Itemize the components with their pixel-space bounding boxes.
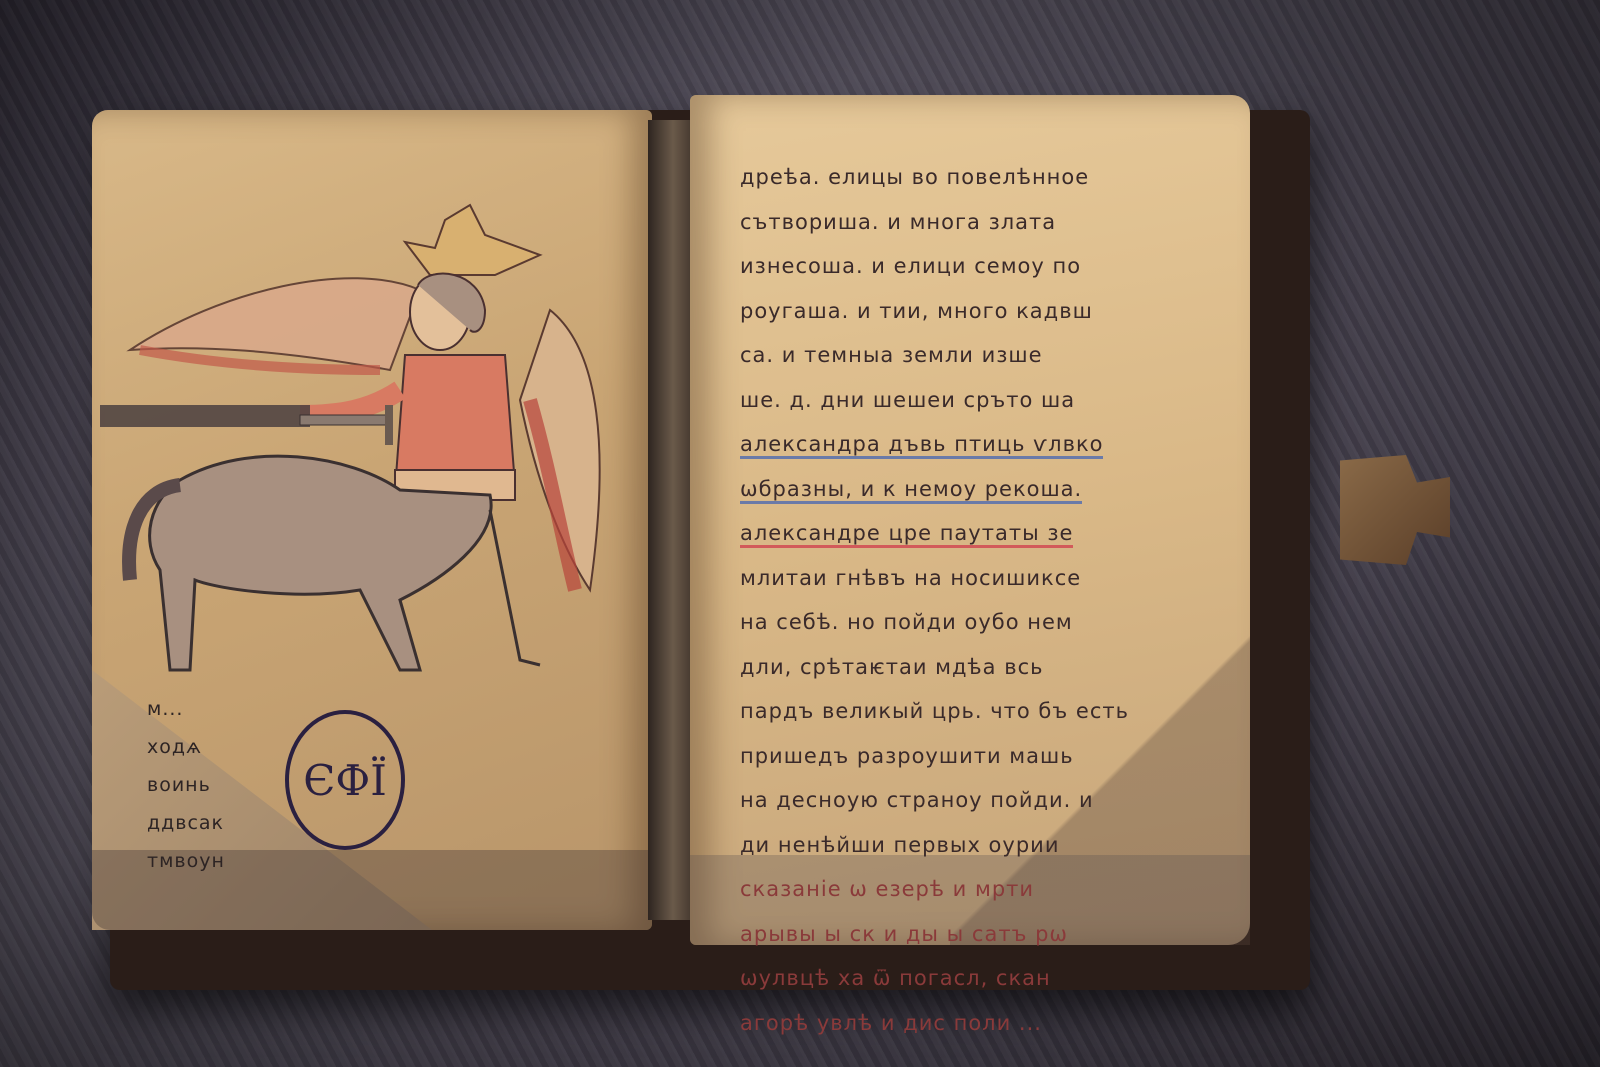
rubric-line: ѡулвцѣ ха ѿ погасл, скан [740, 956, 1210, 1001]
text-line: роугаша. и тии, много кадвш [740, 289, 1210, 334]
manuscript-text: дреѣа. елицы во повелѣнное сътвориша. и … [740, 155, 1210, 1045]
text-line: сътвориша. и многа злата [740, 200, 1210, 245]
text-line: тмвоун [147, 842, 225, 880]
text-line: изнесоша. и елици семоу по [740, 244, 1210, 289]
text-line: са. и темныа земли изше [740, 333, 1210, 378]
text-line: александра дъвь птиць ѵлвко [740, 422, 1210, 467]
underlined-text: александре цре паутаты зе [740, 521, 1073, 548]
text-line: дреѣа. елицы во повелѣнное [740, 155, 1210, 200]
seal-monogram-text: ЄФЇ [303, 755, 387, 805]
right-page: дреѣа. елицы во повелѣнное сътвориша. и … [690, 95, 1250, 945]
monogram-seal: ЄФЇ [280, 705, 410, 855]
text-line: александре цре паутаты зе [740, 511, 1210, 556]
text-line: воинь [147, 766, 225, 804]
rubric-line: арывы ы ск и ды ы сатъ рѡ [740, 912, 1210, 957]
rubric-line: сказаніе ѡ езерѣ и мрти [740, 867, 1210, 912]
rubric-line: агорѣ увлѣ и дис поли ... [740, 1001, 1210, 1046]
underlined-text: ѡбразны, и к немоу рекоша. [740, 477, 1082, 504]
text-line: млитаи гнѣвъ на носишиксе [740, 556, 1210, 601]
text-line: пардъ великый црь. что бъ есть [740, 689, 1210, 734]
winged-centaur-illustration [100, 200, 620, 720]
text-line: пришедъ разроушити машь [740, 734, 1210, 779]
text-line: ддвсак [147, 804, 225, 842]
text-line: ѡбразны, и к немоу рекоша. [740, 467, 1210, 512]
underlined-text: александра дъвь птиць ѵлвко [740, 432, 1103, 459]
text-line: ше. д. дни шешеи сръто ша [740, 378, 1210, 423]
text-line: на десноую страноу пойди. и [740, 778, 1210, 823]
text-line: ходѧ [147, 728, 225, 766]
text-line: на себѣ. но пойди оубо нем [740, 600, 1210, 645]
text-line: дли, срѣтаѥтаи мдѣа всь [740, 645, 1210, 690]
text-line: ди ненѣйши первых оурии [740, 823, 1210, 868]
